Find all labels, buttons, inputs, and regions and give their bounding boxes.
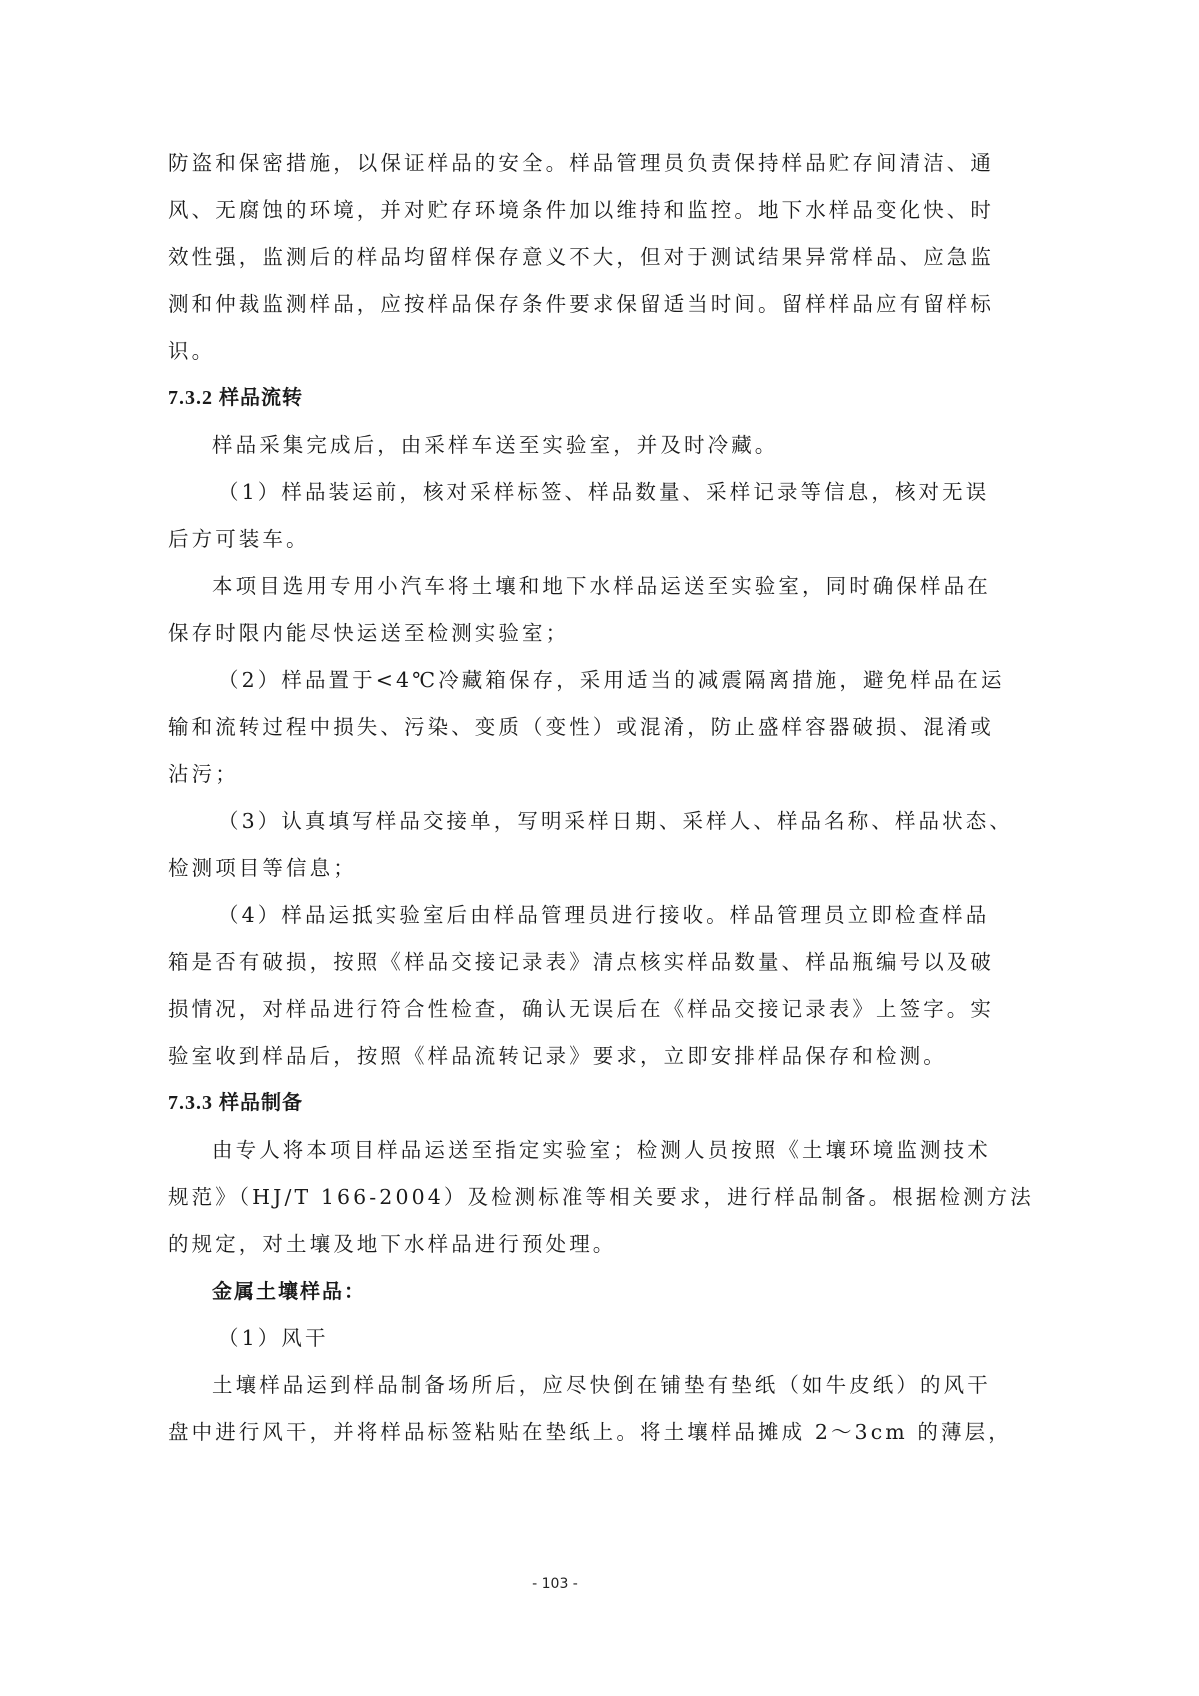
section-heading-7-3-3: 7.3.3 样品制备 bbox=[168, 1080, 940, 1127]
text-line: 规范》（HJ/T 166-2004）及检测标准等相关要求，进行样品制备。根据检测… bbox=[168, 1174, 940, 1221]
text-line: （1）风干 bbox=[168, 1315, 940, 1362]
text-line: 防盗和保密措施，以保证样品的安全。样品管理员负责保持样品贮存间清洁、通 bbox=[168, 140, 940, 187]
paragraph-item-4: （4）样品运抵实验室后由样品管理员进行接收。样品管理员立即检查样品 箱是否有破损… bbox=[168, 892, 940, 1080]
page-number: - 103 - bbox=[0, 1576, 1110, 1592]
paragraph-preparation: 由专人将本项目样品运送至指定实验室；检测人员按照《土壤环境监测技术 规范》（HJ… bbox=[168, 1127, 940, 1268]
text-line: （2）样品置于<4℃冷藏箱保存，采用适当的减震隔离措施，避免样品在运 bbox=[168, 657, 940, 704]
text-line: 由专人将本项目样品运送至指定实验室；检测人员按照《土壤环境监测技术 bbox=[168, 1127, 940, 1174]
text-line: （3）认真填写样品交接单，写明采样日期、采样人、样品名称、样品状态、 bbox=[168, 798, 940, 845]
paragraph-vehicle: 本项目选用专用小汽车将土壤和地下水样品运送至实验室，同时确保样品在 保存时限内能… bbox=[168, 563, 940, 657]
paragraph-air-dry-title: （1）风干 bbox=[168, 1315, 940, 1362]
text-line: 盘中进行风干，并将样品标签粘贴在垫纸上。将土壤样品摊成 2～3cm 的薄层， bbox=[168, 1409, 940, 1456]
paragraph-item-1: （1）样品装运前，核对采样标签、样品数量、采样记录等信息，核对无误 后方可装车。 bbox=[168, 469, 940, 563]
text-line: 检测项目等信息； bbox=[168, 845, 940, 892]
text-line: 识。 bbox=[168, 328, 940, 375]
paragraph-sample-storage: 防盗和保密措施，以保证样品的安全。样品管理员负责保持样品贮存间清洁、通 风、无腐… bbox=[168, 140, 940, 375]
subheading-metal-soil-samples: 金属土壤样品： bbox=[168, 1268, 940, 1315]
text-line: 本项目选用专用小汽车将土壤和地下水样品运送至实验室，同时确保样品在 bbox=[168, 563, 940, 610]
text-line: 后方可装车。 bbox=[168, 516, 940, 563]
text-line: 效性强，监测后的样品均留样保存意义不大，但对于测试结果异常样品、应急监 bbox=[168, 234, 940, 281]
paragraph-intro-transfer: 样品采集完成后，由采样车送至实验室，并及时冷藏。 bbox=[168, 422, 940, 469]
paragraph-item-3: （3）认真填写样品交接单，写明采样日期、采样人、样品名称、样品状态、 检测项目等… bbox=[168, 798, 940, 892]
paragraph-air-dry: 土壤样品运到样品制备场所后，应尽快倒在铺垫有垫纸（如牛皮纸）的风干 盘中进行风干… bbox=[168, 1362, 940, 1456]
text-line: 的规定，对土壤及地下水样品进行预处理。 bbox=[168, 1221, 940, 1268]
text-line: 损情况，对样品进行符合性检查，确认无误后在《样品交接记录表》上签字。实 bbox=[168, 986, 940, 1033]
text-line: 风、无腐蚀的环境，并对贮存环境条件加以维持和监控。地下水样品变化快、时 bbox=[168, 187, 940, 234]
text-line: 箱是否有破损，按照《样品交接记录表》清点核实样品数量、样品瓶编号以及破 bbox=[168, 939, 940, 986]
text-line: 测和仲裁监测样品，应按样品保存条件要求保留适当时间。留样样品应有留样标 bbox=[168, 281, 940, 328]
text-line: 样品采集完成后，由采样车送至实验室，并及时冷藏。 bbox=[168, 422, 940, 469]
text-line: 沾污； bbox=[168, 751, 940, 798]
text-line: （4）样品运抵实验室后由样品管理员进行接收。样品管理员立即检查样品 bbox=[168, 892, 940, 939]
text-line: 输和流转过程中损失、污染、变质（变性）或混淆，防止盛样容器破损、混淆或 bbox=[168, 704, 940, 751]
section-heading-7-3-2: 7.3.2 样品流转 bbox=[168, 375, 940, 422]
page-body: 防盗和保密措施，以保证样品的安全。样品管理员负责保持样品贮存间清洁、通 风、无腐… bbox=[168, 140, 940, 1456]
text-line: （1）样品装运前，核对采样标签、样品数量、采样记录等信息，核对无误 bbox=[168, 469, 940, 516]
text-line: 验室收到样品后，按照《样品流转记录》要求，立即安排样品保存和检测。 bbox=[168, 1033, 940, 1080]
document-page: 防盗和保密措施，以保证样品的安全。样品管理员负责保持样品贮存间清洁、通 风、无腐… bbox=[0, 0, 1199, 1696]
paragraph-item-2: （2）样品置于<4℃冷藏箱保存，采用适当的减震隔离措施，避免样品在运 输和流转过… bbox=[168, 657, 940, 798]
text-line: 保存时限内能尽快运送至检测实验室； bbox=[168, 610, 940, 657]
text-line: 土壤样品运到样品制备场所后，应尽快倒在铺垫有垫纸（如牛皮纸）的风干 bbox=[168, 1362, 940, 1409]
